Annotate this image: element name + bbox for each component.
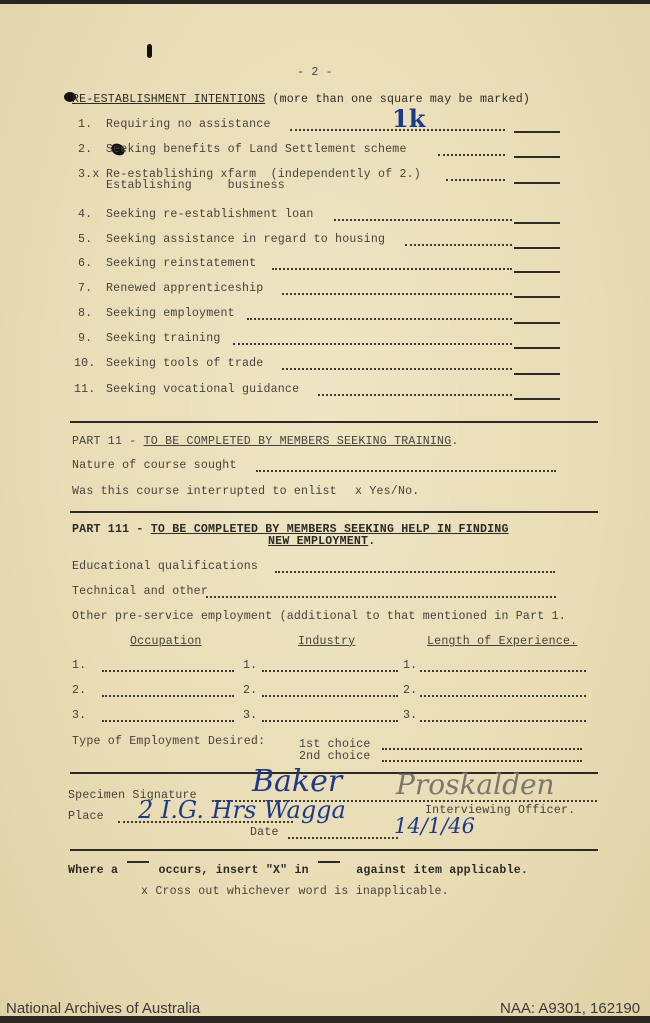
item-label: Seeking tools of trade bbox=[106, 357, 263, 370]
footnote-instruction: Where a occurs, insert "X" in against it… bbox=[68, 861, 528, 877]
employment-type-label: Type of Employment Desired: bbox=[72, 735, 265, 748]
item-sublabel: Establishing business bbox=[106, 179, 285, 192]
checkbox-blank[interactable] bbox=[514, 222, 560, 224]
footnote-cross-out: x Cross out whichever word is inapplicab… bbox=[141, 885, 449, 898]
section-divider bbox=[70, 849, 598, 851]
checkbox-blank[interactable] bbox=[514, 156, 560, 158]
item-number: 11. bbox=[74, 383, 95, 396]
row-number: 3. bbox=[243, 709, 257, 722]
item-label: Seeking training bbox=[106, 332, 221, 345]
archive-name: National Archives of Australia bbox=[6, 1000, 200, 1017]
row-number: 3. bbox=[72, 709, 86, 722]
row-number: 1. bbox=[72, 659, 86, 672]
first-choice-field[interactable] bbox=[382, 746, 582, 750]
checkbox-blank[interactable] bbox=[514, 131, 560, 133]
occupation-field[interactable] bbox=[102, 718, 234, 722]
section-title: RE-ESTABLISHMENT INTENTIONS (more than o… bbox=[72, 93, 530, 106]
place-value: 2 I.G. Hrs Wagga bbox=[138, 796, 346, 824]
blank-symbol-icon bbox=[127, 861, 149, 863]
row-number: 2. bbox=[72, 684, 86, 697]
column-length: Length of Experience. bbox=[427, 635, 577, 648]
checkbox-blank[interactable] bbox=[514, 347, 560, 349]
item-number: 1. bbox=[78, 118, 92, 131]
yes-no-option[interactable]: x Yes/No. bbox=[355, 485, 419, 498]
checkbox-blank[interactable] bbox=[514, 182, 560, 184]
educational-field[interactable] bbox=[275, 569, 555, 573]
industry-field[interactable] bbox=[262, 718, 398, 722]
item-label: Renewed apprenticeship bbox=[106, 282, 263, 295]
leader-dots bbox=[334, 217, 512, 221]
occupation-field[interactable] bbox=[102, 668, 234, 672]
item-number: 4. bbox=[78, 208, 92, 221]
occupation-field[interactable] bbox=[102, 693, 234, 697]
interrupted-label: Was this course interrupted to enlist bbox=[72, 485, 337, 498]
leader-dots bbox=[282, 291, 512, 295]
length-field[interactable] bbox=[420, 668, 586, 672]
handwritten-mark: 1k bbox=[392, 104, 425, 133]
section-divider bbox=[70, 421, 598, 423]
place-label: Place bbox=[68, 810, 104, 823]
blank-symbol-icon bbox=[318, 861, 340, 863]
item-label: Seeking assistance in regard to housing bbox=[106, 233, 385, 246]
leader-dots bbox=[438, 152, 505, 156]
length-field[interactable] bbox=[420, 718, 586, 722]
column-occupation: Occupation bbox=[130, 635, 202, 648]
item-number: 3.x bbox=[78, 168, 99, 181]
row-number: 1. bbox=[403, 659, 417, 672]
length-field[interactable] bbox=[420, 693, 586, 697]
item-number: 7. bbox=[78, 282, 92, 295]
interviewing-officer-signature: Proskalden bbox=[396, 768, 555, 801]
item-label: Seeking reinstatement bbox=[106, 257, 256, 270]
item-number: 2. bbox=[78, 143, 92, 156]
row-number: 3. bbox=[403, 709, 417, 722]
item-label: Seeking benefits of Land Settlement sche… bbox=[106, 143, 407, 156]
course-field[interactable] bbox=[256, 468, 556, 472]
item-number: 6. bbox=[78, 257, 92, 270]
item-label: Seeking employment bbox=[106, 307, 235, 320]
other-employment-label: Other pre-service employment (additional… bbox=[72, 610, 566, 623]
educational-label: Educational qualifications bbox=[72, 560, 258, 573]
course-label: Nature of course sought bbox=[72, 459, 237, 472]
section-divider bbox=[70, 511, 598, 513]
industry-field[interactable] bbox=[262, 693, 398, 697]
page-number: - 2 - bbox=[297, 66, 333, 79]
checkbox-blank[interactable] bbox=[514, 373, 560, 375]
leader-dots bbox=[282, 366, 512, 370]
part-3-heading-line2: NEW EMPLOYMENT. bbox=[268, 535, 375, 548]
punch-mark-icon bbox=[147, 44, 152, 58]
archive-reference: NAA: A9301, 162190 bbox=[500, 1000, 640, 1017]
row-number: 2. bbox=[403, 684, 417, 697]
document-page: - 2 - RE-ESTABLISHMENT INTENTIONS (more … bbox=[0, 0, 650, 1023]
part-2-heading: PART 11 - TO BE COMPLETED BY MEMBERS SEE… bbox=[72, 435, 459, 448]
leader-dots bbox=[233, 341, 512, 345]
checkbox-blank[interactable] bbox=[514, 247, 560, 249]
leader-dots bbox=[272, 266, 512, 270]
row-number: 2. bbox=[243, 684, 257, 697]
second-choice-label: 2nd choice bbox=[299, 750, 371, 763]
technical-field[interactable] bbox=[206, 594, 556, 598]
date-line[interactable] bbox=[288, 835, 398, 839]
item-number: 8. bbox=[78, 307, 92, 320]
scan-edge-bottom bbox=[0, 1016, 650, 1023]
checkbox-blank[interactable] bbox=[514, 271, 560, 273]
item-number: 5. bbox=[78, 233, 92, 246]
leader-dots bbox=[247, 316, 512, 320]
checkbox-blank[interactable] bbox=[514, 398, 560, 400]
checkbox-blank[interactable] bbox=[514, 322, 560, 324]
second-choice-field[interactable] bbox=[382, 758, 582, 762]
leader-dots bbox=[446, 177, 505, 181]
industry-field[interactable] bbox=[262, 668, 398, 672]
scan-edge-top bbox=[0, 0, 650, 4]
item-label: Requiring no assistance bbox=[106, 118, 271, 131]
row-number: 1. bbox=[243, 659, 257, 672]
date-label: Date bbox=[250, 826, 279, 839]
technical-label: Technical and other bbox=[72, 585, 208, 598]
item-label: Seeking re-establishment loan bbox=[106, 208, 314, 221]
item-number: 10. bbox=[74, 357, 95, 370]
checkbox-blank[interactable] bbox=[514, 296, 560, 298]
column-industry: Industry bbox=[298, 635, 355, 648]
leader-dots bbox=[318, 392, 512, 396]
specimen-signature-value: Baker bbox=[252, 764, 342, 799]
date-value: 14/1/46 bbox=[394, 814, 475, 838]
item-label: Seeking vocational guidance bbox=[106, 383, 299, 396]
leader-dots bbox=[405, 242, 512, 246]
item-number: 9. bbox=[78, 332, 92, 345]
